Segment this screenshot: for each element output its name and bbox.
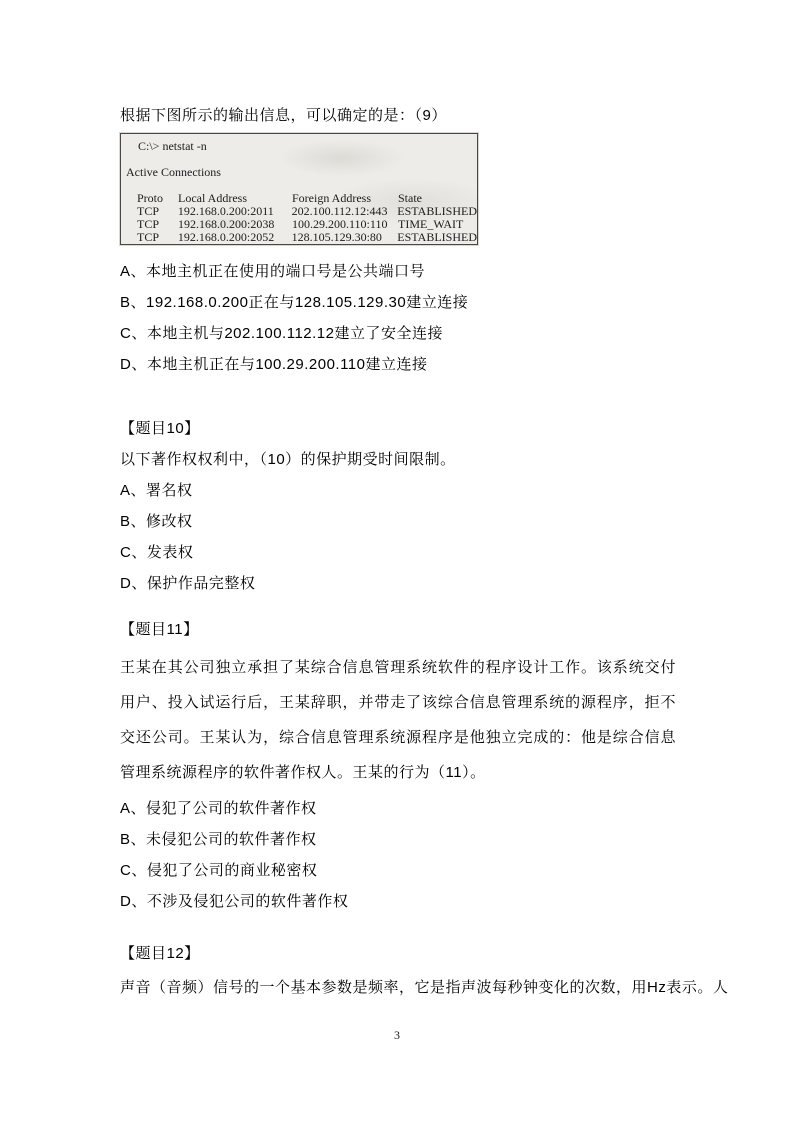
netstat-screenshot: C:\> netstat -n Active Connections Proto…	[120, 133, 478, 245]
page-number: 3	[0, 1028, 794, 1043]
netstat-table: Proto Local Address Foreign Address Stat…	[126, 192, 477, 244]
q10-option-d: D、保护作品完整权	[120, 574, 676, 594]
question-12: 【题目12】 声音（音频）信号的一个基本参数是频率，它是指声波每秒钟变化的次数，…	[120, 944, 676, 998]
q9-option-a: A、本地主机正在使用的端口号是公共端口号	[120, 262, 676, 282]
q9-stem: 根据下图所示的输出信息，可以确定的是：（9）	[120, 106, 676, 126]
question-11: 【题目11】 王某在其公司独立承担了某综合信息管理系统软件的程序设计工作。该系统…	[120, 620, 676, 912]
q10-option-a: A、署名权	[120, 481, 676, 501]
cell-proto: TCP	[126, 231, 178, 244]
q11-label: 【题目11】	[120, 620, 676, 640]
q9-options: A、本地主机正在使用的端口号是公共端口号 B、192.168.0.200正在与1…	[120, 262, 676, 375]
q11-stem: 王某在其公司独立承担了某综合信息管理系统软件的程序设计工作。该系统交付用户、投入…	[120, 650, 676, 790]
cell-state: ESTABLISHED	[397, 231, 477, 244]
q11-option-b: B、未侵犯公司的软件著作权	[120, 830, 676, 850]
q10-option-b: B、修改权	[120, 512, 676, 532]
q11-option-c: C、侵犯了公司的商业秘密权	[120, 861, 676, 881]
q10-options: A、署名权 B、修改权 C、发表权 D、保护作品完整权	[120, 481, 676, 594]
cell-foreign-address: 128.105.129.30:80	[292, 231, 398, 244]
q11-option-d: D、不涉及侵犯公司的软件著作权	[120, 892, 676, 912]
q10-label: 【题目10】	[120, 419, 676, 439]
q10-stem: 以下著作权权利中，（10）的保护期受时间限制。	[120, 450, 676, 470]
q9-option-b: B、192.168.0.200正在与128.105.129.30建立连接	[120, 293, 676, 313]
q12-stem: 声音（音频）信号的一个基本参数是频率，它是指声波每秒钟变化的次数，用Hz表示。人	[120, 978, 676, 998]
q11-options: A、侵犯了公司的软件著作权 B、未侵犯公司的软件著作权 C、侵犯了公司的商业秘密…	[120, 799, 676, 912]
terminal-section-title: Active Connections	[126, 166, 477, 179]
cell-local-address: 192.168.0.200:2052	[178, 231, 292, 244]
q9-option-c: C、本地主机与202.100.112.12建立了安全连接	[120, 324, 676, 344]
q12-label: 【题目12】	[120, 944, 676, 964]
netstat-row: TCP 192.168.0.200:2052 128.105.129.30:80…	[126, 231, 477, 244]
q10-option-c: C、发表权	[120, 543, 676, 563]
q11-option-a: A、侵犯了公司的软件著作权	[120, 799, 676, 819]
question-10: 【题目10】 以下著作权权利中，（10）的保护期受时间限制。 A、署名权 B、修…	[120, 419, 676, 594]
question-9: 根据下图所示的输出信息，可以确定的是：（9） C:\> netstat -n A…	[120, 106, 676, 375]
exam-page: 根据下图所示的输出信息，可以确定的是：（9） C:\> netstat -n A…	[0, 0, 794, 1123]
page-content: 根据下图所示的输出信息，可以确定的是：（9） C:\> netstat -n A…	[120, 106, 676, 998]
q9-option-d: D、本地主机正在与100.29.200.110建立连接	[120, 355, 676, 375]
terminal-prompt-line: C:\> netstat -n	[126, 140, 477, 153]
